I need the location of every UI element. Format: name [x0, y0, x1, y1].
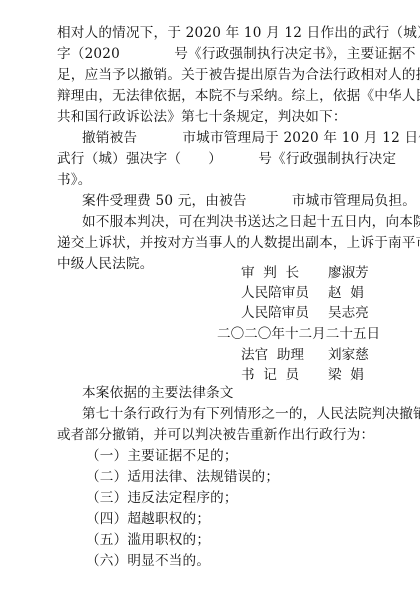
- juror-title: 人民陪审员: [241, 304, 309, 322]
- article-item: （一）主要证据不足的；: [86, 447, 238, 465]
- paragraph-line: 共和国行政诉讼法》第七十条规定，判决如下：: [57, 108, 347, 126]
- article-item: （四）超越职权的；: [86, 510, 210, 528]
- clerk-name: 梁 娟: [328, 366, 364, 384]
- paragraph-line: 相对人的情况下，于 2020 年 10 月 12 日作出的武行（城）强决: [57, 24, 420, 42]
- presiding-judge-name: 廖淑芳: [328, 264, 369, 282]
- clerk-title: 书 记 员: [241, 366, 299, 384]
- article-item: （二）适用法律、法规错误的；: [86, 468, 279, 486]
- ruling-line: 撤销被告 市城市管理局于 2020 年 10 月 12 日作出的: [82, 129, 420, 147]
- appeal-line: 中级人民法院。: [57, 255, 154, 273]
- juror-title: 人民陪审员: [241, 284, 309, 302]
- ruling-line: 武行（城）强决字（ ） 号《行政强制执行决定: [57, 150, 396, 168]
- appeal-line: 如不服本判决，可在判决书送达之日起十五日内，向本院: [82, 213, 420, 231]
- paragraph-line: 足，应当予以撤销。关于被告提出原告为合法行政相对人的抗: [57, 66, 420, 84]
- court-fee-line: 案件受理费 50 元，由被告 市城市管理局负担。: [82, 192, 416, 210]
- article-item: （六）明显不当的。: [86, 552, 210, 570]
- article-item: （三）违反法定程序的；: [86, 489, 238, 507]
- ruling-line: 书》。: [57, 171, 92, 189]
- article-line: 或者部分撤销，并可以判决被告重新作出行政行为：: [57, 426, 374, 444]
- article-item: （五）滥用职权的；: [86, 531, 210, 549]
- juror-name: 吴志亮: [328, 304, 369, 322]
- assistant-judge-title: 法官 助理: [241, 346, 304, 364]
- juror-name: 赵 娟: [328, 284, 364, 302]
- judgment-document-page: 相对人的情况下，于 2020 年 10 月 12 日作出的武行（城）强决 字（2…: [0, 0, 420, 589]
- paragraph-line: 辩理由，无法律依据，本院不与采纳。综上，依据《中华人民: [57, 87, 420, 105]
- appeal-line: 递交上诉状，并按对方当事人的人数提出副本，上诉于南平市: [57, 234, 420, 252]
- assistant-judge-name: 刘家慈: [328, 346, 369, 364]
- paragraph-line: 字（2020 号《行政强制执行决定书》，主要证据不: [57, 45, 416, 63]
- article-line: 第七十条行政行为有下列情形之一的，人民法院判决撤销: [82, 405, 420, 423]
- judgment-date: 二〇二〇年十二月二十五日: [217, 325, 380, 343]
- presiding-judge-title: 审 判 长: [241, 264, 299, 282]
- appendix-heading: 本案依据的主要法律条文: [82, 384, 234, 402]
